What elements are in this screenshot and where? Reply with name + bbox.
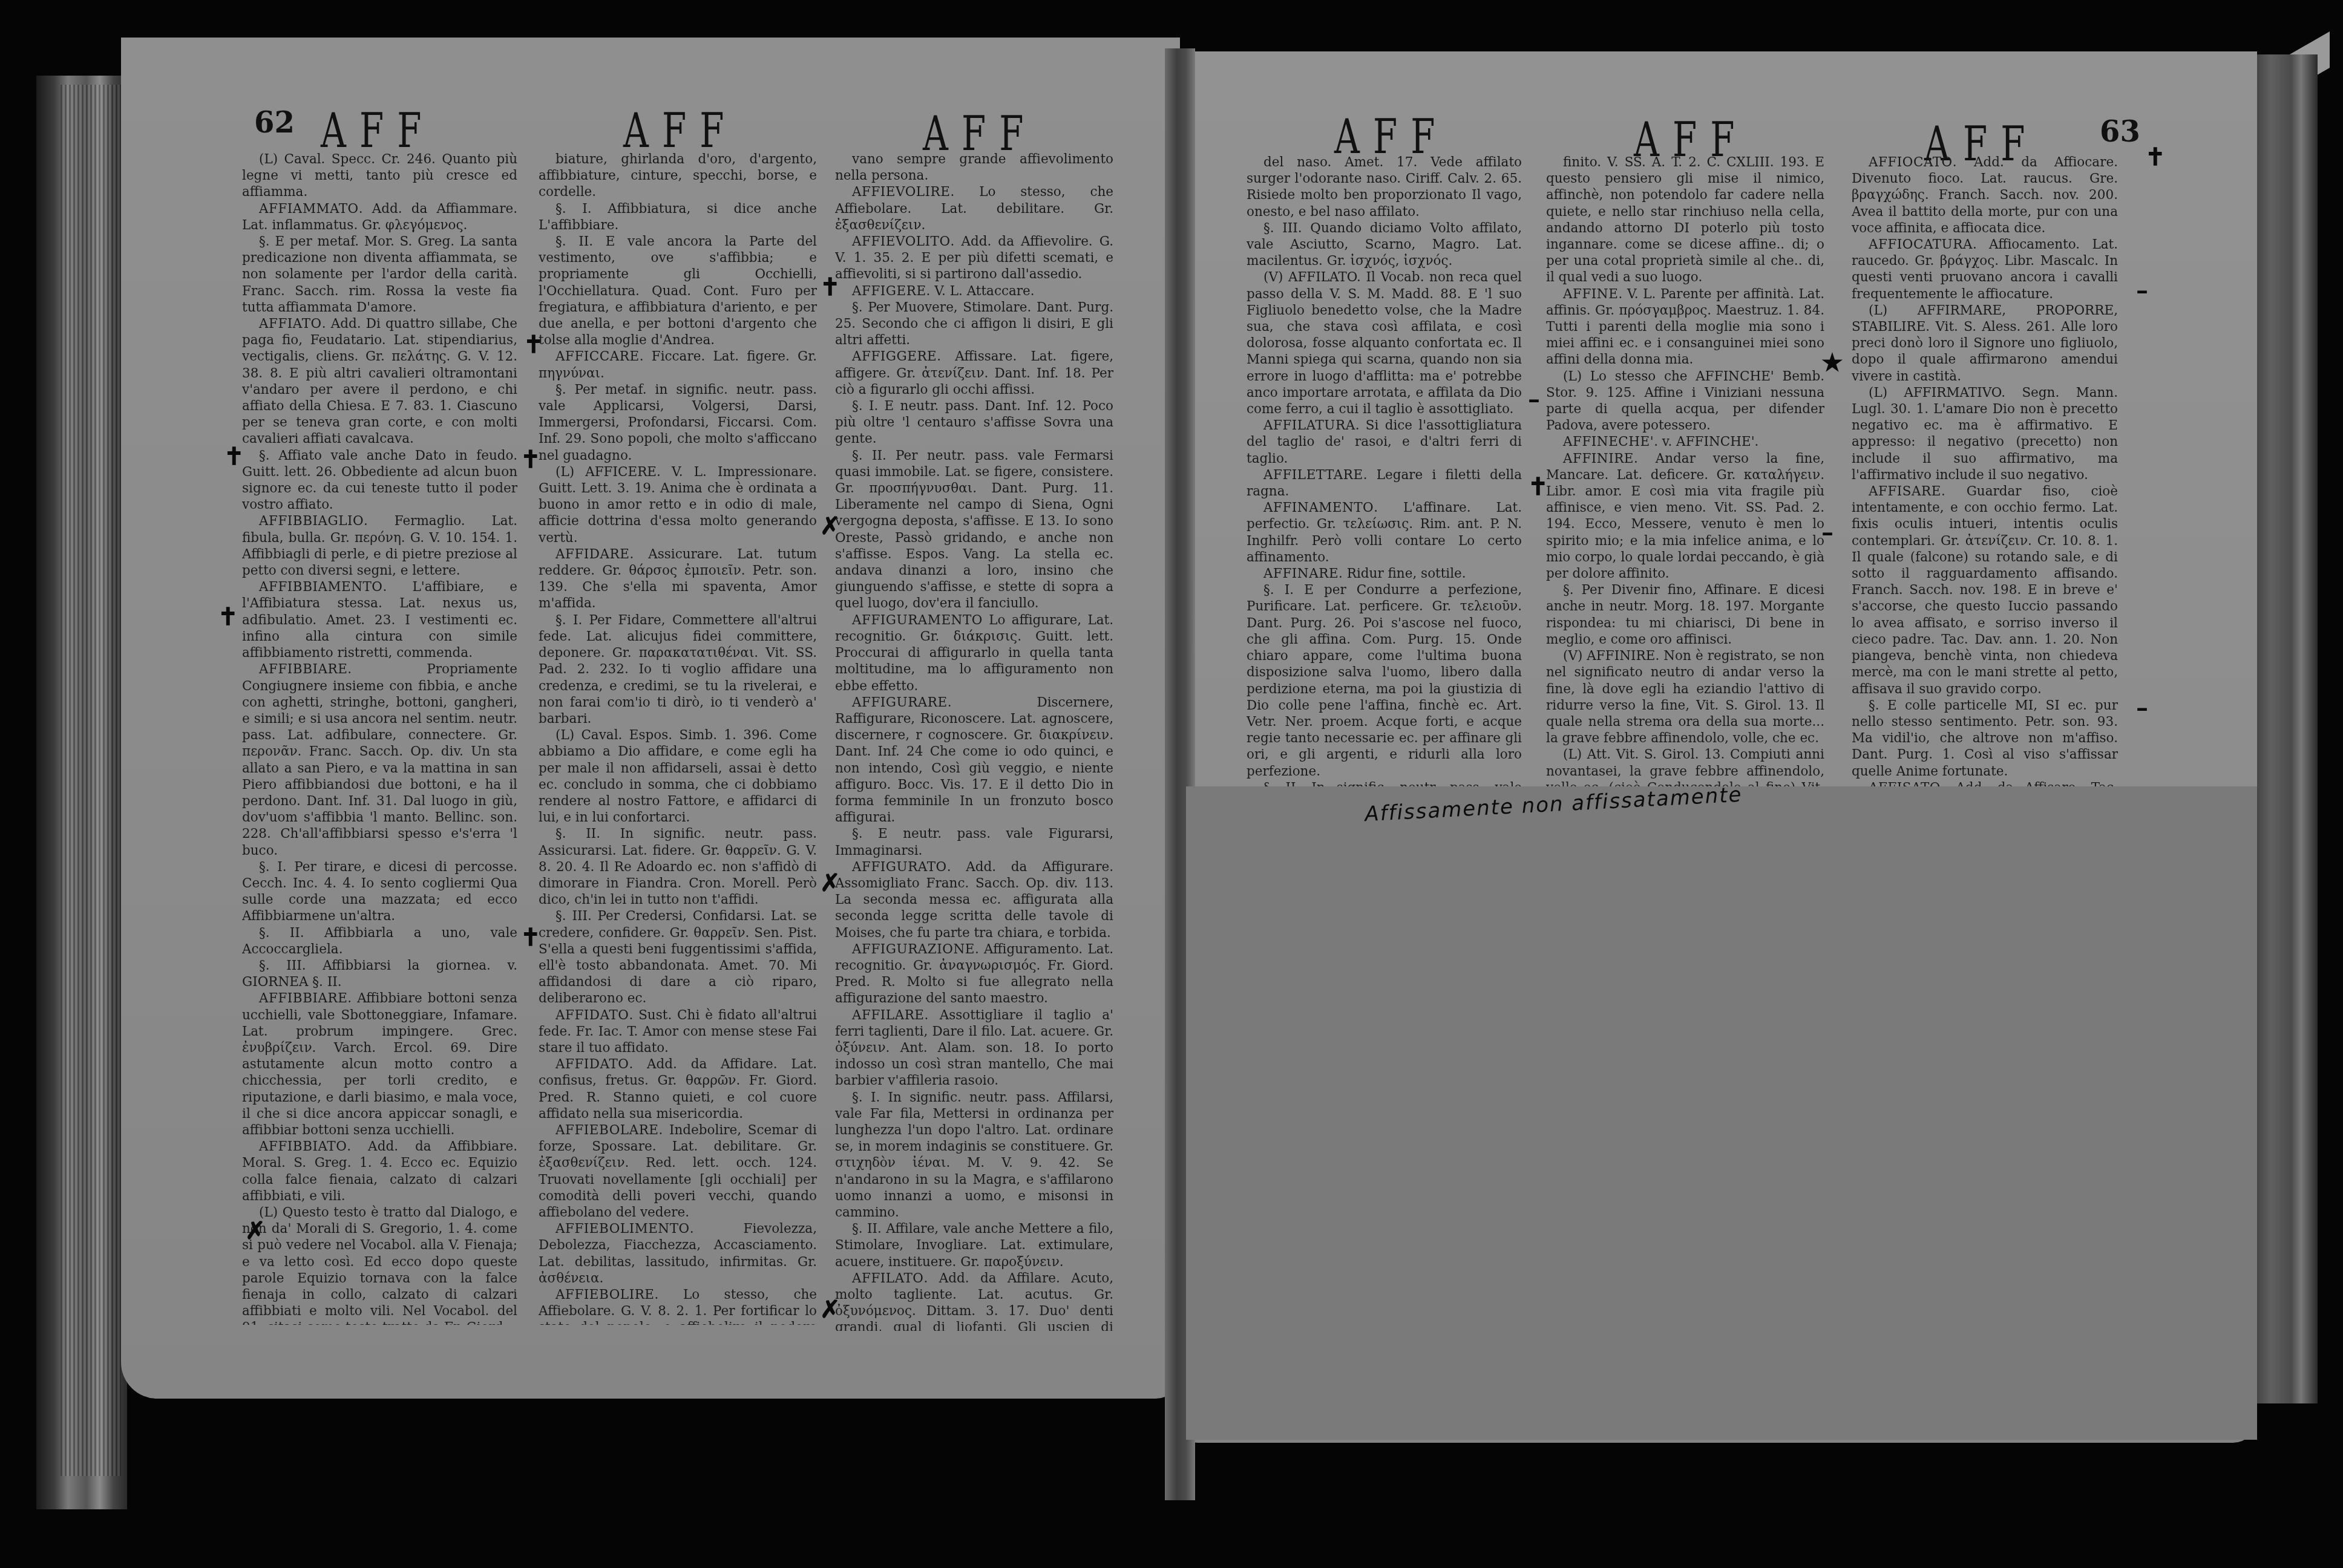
entry-text: (L) Caval. Specc. Cr. 246. Quanto più le… <box>242 152 517 200</box>
entry-headword: AFFIOCATO <box>1869 155 1953 170</box>
dictionary-subentry: §. Affiato vale anche Dato in feudo. Gui… <box>242 448 517 514</box>
entry-text: . Discernere, Raffigurare, Riconoscere. … <box>835 695 1113 825</box>
entry-text: biature, ghirlanda d'oro, d'argento, aff… <box>539 152 817 200</box>
entry-headword: AFFIGURAMENTO <box>852 613 983 628</box>
entry-text: finito. V. SS. A. T. 2. C. CXLIII. 193. … <box>1546 155 1824 285</box>
dictionary-subentry: §. I. E per Condurre a perfezione, Purif… <box>1247 582 1522 779</box>
entry-text: §. I. Affibbiatura, si dice anche L'affi… <box>539 201 817 233</box>
right-page-column-1: del naso. Amet. 17. Vede affilato surger… <box>1247 154 1522 786</box>
entry-text: §. I. E per Condurre a perfezione, Purif… <box>1247 583 1522 779</box>
running-head-left-2: AFF <box>623 103 737 158</box>
dictionary-entry: AFFIEBOLIRE. Lo stesso, che Affiebolare.… <box>539 1287 817 1325</box>
dictionary-subentry: §. E per metaf. Mor. S. Greg. La santa p… <box>242 234 517 316</box>
book-fore-edge-right <box>2251 54 2318 1403</box>
entry-text: (V) AFFILATO. Il Vocab. non reca quel pa… <box>1247 270 1522 417</box>
dictionary-subentry: §. I. Per tirare, e dicesi di percosse. … <box>242 859 517 925</box>
entry-text: (L) AFFICERE. V. L. Impressionare. Guitt… <box>539 465 817 546</box>
dictionary-entry: AFFINIRE. Andar verso la fine, Mancare. … <box>1546 451 1824 583</box>
entry-text: §. II. Affibbiarla a uno, vale Accoccarg… <box>242 926 517 957</box>
margin-dash-mark-icon: – <box>2136 278 2148 302</box>
dictionary-entry: AFFICCARE. Ficcare. Lat. figere. Gr. πηγ… <box>539 348 817 381</box>
margin-cross-mark-icon: ✝ <box>523 333 544 357</box>
entry-headword: AFFIATO <box>259 316 322 332</box>
entry-headword: AFFILARE <box>852 1008 925 1023</box>
dictionary-subentry: (V) AFFINIRE. Non è registrato, se non n… <box>1546 648 1824 746</box>
dictionary-entry: AFFISARE. Guardar fiso, cioè intentament… <box>1852 483 2118 697</box>
dictionary-subentry: (L) AFFICERE. V. L. Impressionare. Guitt… <box>539 464 817 546</box>
dictionary-subentry: (L) Caval. Specc. Cr. 246. Quanto più le… <box>242 151 517 201</box>
entry-headword: AFFIEBOLIMENTO <box>555 1221 690 1236</box>
entry-headword: AFFIGURATO <box>852 860 947 875</box>
entry-text: . Andar verso la fine, Mancare. Lat. def… <box>1546 451 1824 581</box>
entry-text: §. Per Divenir fino, Affinare. E dicesi … <box>1546 583 1824 647</box>
entry-text: . Affibbiare bottoni senza ucchielli, va… <box>242 991 517 1138</box>
entry-text: . v. AFFINCHE'. <box>1654 434 1758 449</box>
entry-text: §. II. Affilare, vale anche Mettere a fi… <box>835 1221 1113 1269</box>
margin-cross-mark-icon: ✝ <box>218 605 238 629</box>
dictionary-subentry: (L) Caval. Espos. Simb. 1. 396. Come abb… <box>539 727 817 826</box>
entry-headword: AFFINAMENTO <box>1263 500 1374 515</box>
dictionary-subentry: §. I. Per Fidare, Commettere all'altrui … <box>539 612 817 727</box>
dictionary-subentry: §. E colle particelle MI, SI ec. pur nel… <box>1852 697 2118 780</box>
entry-text: vano sempre grande affievolimento nella … <box>835 152 1113 183</box>
dictionary-entry: AFFILATURA. Si dice l'assottigliatura de… <box>1247 417 1522 467</box>
entry-headword: AFFILETTARE <box>1263 468 1363 483</box>
entry-text: . Add. Di quattro sillabe, Che paga fio,… <box>242 316 517 446</box>
dictionary-entry: AFFINE. V. L. Parente per affinità. Lat.… <box>1546 286 1824 368</box>
page-number-right: 63 <box>2100 115 2140 149</box>
dictionary-entry: AFFIDARE. Assicurare. Lat. tutum reddere… <box>539 546 817 612</box>
dictionary-entry: AFFIBBIAMENTO. L'affibiare, e l'Affibiat… <box>242 579 517 661</box>
entry-headword: AFFIBBIATO <box>259 1139 347 1154</box>
entry-text: del naso. Amet. 17. Vede affilato surger… <box>1247 155 1522 220</box>
dictionary-entry: AFFIDATO. Sust. Chi è fidato all'altrui … <box>539 1007 817 1057</box>
entry-headword: AFFIGURARE <box>852 695 948 710</box>
margin-cross-mark-icon: ✝ <box>224 445 244 469</box>
entry-text: §. II. Per neutr. pass. vale Fermarsi qu… <box>835 448 1113 612</box>
margin-dash-mark-icon: – <box>1821 520 1833 544</box>
entry-text: §. I. In signific. neutr. pass. Affilars… <box>835 1090 1113 1220</box>
dictionary-entry: AFFIEVOLITO. Add. da Affievolire. G. V. … <box>835 234 1113 283</box>
entry-headword: AFFIDATO <box>555 1057 629 1072</box>
margin-cross-mark-icon: ✝ <box>820 275 841 299</box>
dictionary-entry: AFFIEBOLARE. Indebolire, Scemar di forze… <box>539 1122 817 1221</box>
entry-headword: AFFIOCATURA <box>1869 237 1973 252</box>
dictionary-subentry: §. III. Per Credersi, Confidarsi. Lat. s… <box>539 908 817 1007</box>
dictionary-entry: AFFIEVOLIRE. Lo stesso, che Affiebolare.… <box>835 184 1113 234</box>
dictionary-subentry: biature, ghirlanda d'oro, d'argento, aff… <box>539 151 817 201</box>
dictionary-subentry: §. I. In signific. neutr. pass. Affilars… <box>835 1089 1113 1221</box>
entry-headword: AFFIAMMATO <box>259 201 359 217</box>
left-page-column-2: biature, ghirlanda d'oro, d'argento, aff… <box>539 151 817 1325</box>
entry-text: (V) AFFINIRE. Non è registrato, se non n… <box>1546 648 1824 746</box>
dictionary-entry: AFFIGURARE. Discernere, Raffigurare, Ric… <box>835 694 1113 826</box>
dictionary-entry: AFFIOCATO. Add. da Affiocare. Divenuto f… <box>1852 154 2118 237</box>
dictionary-entry: AFFIGURAZIONE. Affiguramento. Lat. recog… <box>835 941 1113 1007</box>
entry-headword: AFFIGURAZIONE <box>852 942 975 957</box>
entry-headword: AFFINARE <box>1263 566 1339 581</box>
dictionary-subentry: §. III. Affibbiarsi la giornea. v. GIORN… <box>242 958 517 990</box>
right-page-column-3: AFFIOCATO. Add. da Affiocare. Divenuto f… <box>1852 154 2118 795</box>
dictionary-subentry: §. I. Affibbiatura, si dice anche L'affi… <box>539 201 817 234</box>
dictionary-entry: AFFIBBIARE. Affibbiare bottoni senza ucc… <box>242 990 517 1138</box>
margin-cross-mark-icon: ✝ <box>2145 145 2166 169</box>
dictionary-entry: AFFIGGERE. Affissare. Lat. figere, affig… <box>835 348 1113 398</box>
dictionary-subentry: (L) Questo testo è tratto dal Dialogo, e… <box>242 1204 517 1325</box>
entry-headword: AFFIEVOLIRE <box>852 185 950 200</box>
entry-headword: AFFINE <box>1563 287 1618 302</box>
entry-text: §. II. In signific. neutr. pass. vale Di… <box>1247 780 1522 786</box>
dictionary-subentry: (L) AFFIRMATIVO. Segn. Mann. Lugl. 30. 1… <box>1852 385 2118 483</box>
dictionary-entry: AFFINECHE'. v. AFFINCHE'. <box>1546 434 1824 450</box>
left-page-column-3: vano sempre grande affievolimento nella … <box>835 151 1113 1331</box>
entry-headword: AFFIEVOLITO <box>852 234 951 249</box>
margin-dash-mark-icon: – <box>1528 387 1540 411</box>
entry-text: . Ridur fine, sottile. <box>1339 566 1466 581</box>
margin-cross-mark-icon: ✗ <box>245 1219 266 1243</box>
entry-text: (L) AFFIRMATIVO. Segn. Mann. Lugl. 30. 1… <box>1852 385 2118 483</box>
left-page-column-1: (L) Caval. Specc. Cr. 246. Quanto più le… <box>242 151 517 1325</box>
page-stack-left <box>61 85 121 1476</box>
dictionary-entry: AFFILARE. Assottigliare il taglio a' fer… <box>835 1007 1113 1089</box>
margin-cross-mark-icon: ✗ <box>820 514 841 538</box>
dictionary-entry: AFFILATO. Add. da Affilare. Acuto, molto… <box>835 1270 1113 1331</box>
entry-text: §. Per Muovere, Stimolare. Dant. Purg. 2… <box>835 300 1113 348</box>
margin-cross-mark-icon: ✝ <box>520 926 541 950</box>
entry-headword: AFFIEBOLIRE <box>555 1287 655 1302</box>
entry-headword: AFFIDATO <box>555 1008 629 1023</box>
entry-text: . Guardar fiso, cioè intentamente, e con… <box>1852 484 2118 696</box>
entry-text: . Propriamente Congiugnere insieme con f… <box>242 662 517 858</box>
dictionary-subentry: §. E neutr. pass. vale Figurarsi, Immagi… <box>835 826 1113 858</box>
entry-headword: AFFINIRE <box>1563 451 1634 466</box>
entry-text: §. II. In signific. neutr. pass. Assicur… <box>539 826 817 907</box>
entry-headword: AFFIBBIAMENTO <box>259 580 382 595</box>
entry-headword: AFFILATO <box>852 1271 923 1286</box>
entry-text: §. E neutr. pass. vale Figurarsi, Immagi… <box>835 826 1113 858</box>
dictionary-entry: AFFILETTARE. Legare i filetti della ragn… <box>1247 467 1522 500</box>
dictionary-entry: AFFINAMENTO. L'affinare. Lat. perfectio.… <box>1247 500 1522 566</box>
dictionary-subentry: §. II. Affilare, vale anche Mettere a fi… <box>835 1221 1113 1270</box>
dictionary-subentry: (L) Att. Vit. S. Girol. 13. Compiuti ann… <box>1546 746 1824 789</box>
entry-text: §. I. Per Fidare, Commettere all'altrui … <box>539 613 817 727</box>
dictionary-subentry: (L) AFFIRMARE, PROPORRE, STABILIRE. Vit.… <box>1852 302 2118 385</box>
entry-headword: AFFIGGERE <box>852 349 937 364</box>
entry-headword: AFFIBBIARE <box>259 662 347 677</box>
entry-text: §. I. E neutr. pass. Dant. Inf. 12. Poco… <box>835 399 1113 446</box>
entry-text: (L) Att. Vit. S. Girol. 13. Compiuti ann… <box>1546 747 1824 789</box>
dictionary-entry: AFFIDATO. Add. da Affidare. Lat. confisu… <box>539 1056 817 1122</box>
dictionary-subentry: §. II. E vale ancora la Parte del vestim… <box>539 234 817 348</box>
entry-text: (L) Questo testo è tratto dal Dialogo, e… <box>242 1205 517 1325</box>
dictionary-subentry: vano sempre grande affievolimento nella … <box>835 151 1113 184</box>
entry-text: §. III. Affibbiarsi la giornea. v. GIORN… <box>242 958 517 990</box>
paper-overlay-sheet <box>1186 786 2257 1440</box>
entry-text: §. III. Quando diciamo Volto affilato, v… <box>1247 221 1522 269</box>
margin-cross-mark-icon: ✗ <box>820 871 841 895</box>
dictionary-entry: AFFIBBIARE. Propriamente Congiugnere ins… <box>242 661 517 858</box>
entry-headword: AFFILATURA <box>1263 418 1355 433</box>
dictionary-entry: AFFIBBIATO. Add. da Affibbiare. Moral. S… <box>242 1138 517 1204</box>
margin-cross-mark-icon: ✗ <box>820 1298 841 1322</box>
dictionary-subentry: (V) AFFILATO. Il Vocab. non reca quel pa… <box>1247 269 1522 417</box>
dictionary-subentry: §. I. E neutr. pass. Dant. Inf. 12. Poco… <box>835 398 1113 448</box>
entry-headword: AFFIEBOLARE <box>555 1123 659 1138</box>
entry-text: §. I. Per tirare, e dicesi di percosse. … <box>242 860 517 924</box>
entry-text: §. E per metaf. Mor. S. Greg. La santa p… <box>242 234 517 315</box>
dictionary-subentry: §. II. Per neutr. pass. vale Fermarsi qu… <box>835 448 1113 612</box>
dictionary-entry: AFFIAMMATO. Add. da Affiammare. Lat. inf… <box>242 201 517 234</box>
entry-headword: AFFIBBIAGLIO <box>259 514 364 529</box>
margin-star-mark-icon: ★ <box>1821 351 1843 375</box>
margin-dash-mark-icon: – <box>2136 696 2148 720</box>
entry-headword: AFFISARE <box>1869 484 1941 499</box>
dictionary-subentry: §. Per Divenir fino, Affinare. E dicesi … <box>1546 582 1824 648</box>
dictionary-subentry: (L) Lo stesso che AFFINCHE' Bemb. Stor. … <box>1546 368 1824 434</box>
dictionary-subentry: finito. V. SS. A. T. 2. C. CXLIII. 193. … <box>1546 154 1824 286</box>
dictionary-subentry: del naso. Amet. 17. Vede affilato surger… <box>1247 154 1522 220</box>
dictionary-subentry: §. Per Muovere, Stimolare. Dant. Purg. 2… <box>835 299 1113 349</box>
dictionary-entry: AFFIATO. Add. Di quattro sillabe, Che pa… <box>242 316 517 448</box>
entry-text: (L) Caval. Espos. Simb. 1. 396. Come abb… <box>539 728 817 825</box>
running-head-left-1: AFF <box>321 103 434 158</box>
entry-headword: AFFINECHE' <box>1563 434 1654 449</box>
dictionary-entry: AFFIGURATO. Add. da Affigurare. Assomigl… <box>835 859 1113 941</box>
right-page-column-2: finito. V. SS. A. T. 2. C. CXLIII. 193. … <box>1546 154 1824 789</box>
entry-headword: AFFIBBIARE <box>259 991 347 1006</box>
entry-text: §. E colle particelle MI, SI ec. pur nel… <box>1852 698 2118 779</box>
dictionary-entry: AFFINARE. Ridur fine, sottile. <box>1247 566 1522 582</box>
dictionary-entry: AFFIBBIAGLIO. Fermaglio. Lat. fibula, bu… <box>242 513 517 579</box>
entry-headword: AFFIDARE <box>555 547 630 562</box>
entry-headword: AFFIGERE <box>852 284 926 299</box>
dictionary-subentry: §. III. Quando diciamo Volto affilato, v… <box>1247 220 1522 270</box>
entry-text: §. II. E vale ancora la Parte del vestim… <box>539 234 817 348</box>
dictionary-entry: AFFIEBOLIMENTO. Fievolezza, Debolezza, F… <box>539 1221 817 1287</box>
dictionary-subentry: §. Per metaf. in signific. neutr. pass. … <box>539 382 817 464</box>
dictionary-subentry: §. II. In signific. neutr. pass. Assicur… <box>539 826 817 908</box>
margin-cross-mark-icon: ✝ <box>520 448 541 472</box>
entry-text: (L) Lo stesso che AFFINCHE' Bemb. Stor. … <box>1546 369 1824 434</box>
dictionary-entry: AFFIGURAMENTO Lo affigurare, Lat. recogn… <box>835 612 1113 694</box>
entry-text: (L) AFFIRMARE, PROPORRE, STABILIRE. Vit.… <box>1852 303 2118 384</box>
entry-text: §. III. Per Credersi, Confidarsi. Lat. s… <box>539 909 817 1006</box>
entry-text: §. Affiato vale anche Dato in feudo. Gui… <box>242 448 517 513</box>
page-number-left: 62 <box>254 106 295 140</box>
margin-cross-mark-icon: ✝ <box>1528 475 1548 499</box>
entry-text: §. Per metaf. in signific. neutr. pass. … <box>539 382 817 463</box>
entry-headword: AFFICCARE <box>555 349 640 364</box>
dictionary-entry: AFFIGERE. V. L. Attaccare. <box>835 283 1113 299</box>
dictionary-entry: AFFIOCATURA. Affiocamento. Lat. raucedo.… <box>1852 237 2118 302</box>
dictionary-subentry: §. II. In signific. neutr. pass. vale Di… <box>1247 780 1522 786</box>
entry-text: . V. L. Attaccare. <box>926 284 1035 299</box>
dictionary-subentry: §. II. Affibbiarla a uno, vale Accoccarg… <box>242 925 517 958</box>
